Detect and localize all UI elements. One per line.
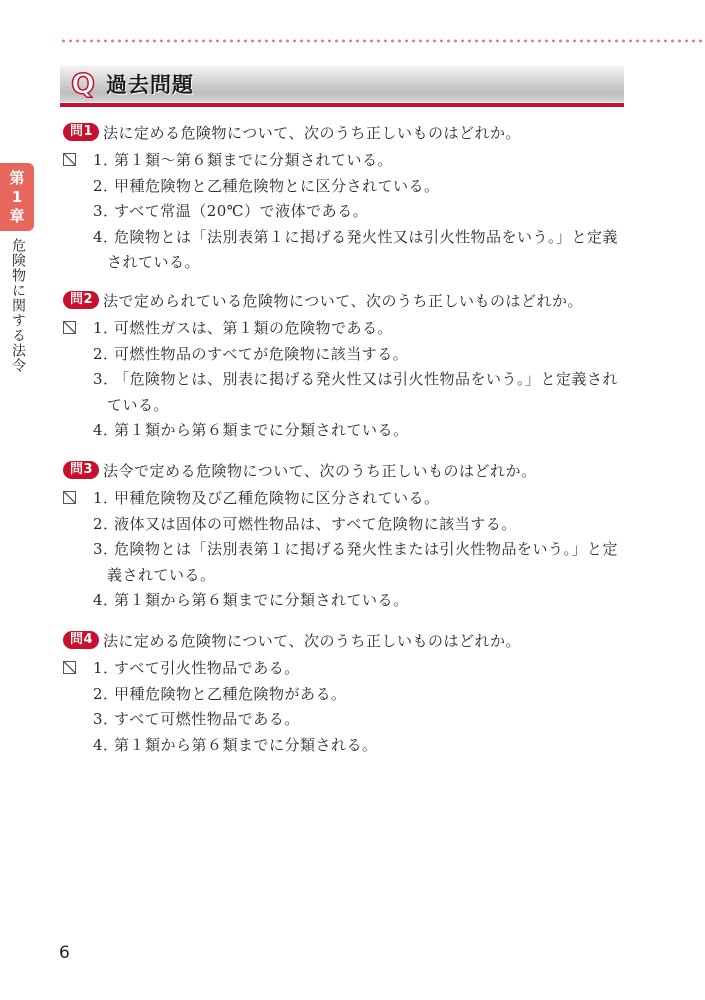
option-3: 3．「危険物とは、別表に掲げる発火性又は引火性物品をいう。」と定義されている。 <box>63 367 628 418</box>
section-title: 過去問題 <box>106 69 194 99</box>
section-header: Q 過去問題 <box>60 66 624 102</box>
answer-checkbox[interactable] <box>63 321 76 334</box>
chapter-tab-line: 第 <box>9 169 24 188</box>
chapter-tab-line: 章 <box>9 207 24 226</box>
page-number: 6 <box>59 943 70 963</box>
chapter-tab-line: 1 <box>12 188 22 207</box>
answer-checkbox[interactable] <box>63 491 76 504</box>
answer-checkbox[interactable] <box>63 661 76 674</box>
option-1: 1．可燃性ガスは、第１類の危険物である。 <box>63 316 628 342</box>
question-3: 問3 法令で定める危険物について、次のうち正しいものはどれか。 1．甲種危険物及… <box>63 458 628 614</box>
chapter-tab: 第 1 章 <box>0 163 34 231</box>
option-3: 3．すべて常温（20℃）で液体である。 <box>63 199 628 225</box>
option-4: 4．第１類から第６類までに分類される。 <box>63 733 628 759</box>
question-badge: 問3 <box>63 461 99 479</box>
option-2: 2．甲種危険物と乙種危険物がある。 <box>63 682 628 708</box>
option-3: 3．危険物とは「法別表第１に掲げる発火性または引火性物品をいう。」と定義されてい… <box>63 537 628 588</box>
option-1: 1．第１類～第６類までに分類されている。 <box>63 148 628 174</box>
question-1: 問1 法に定める危険物について、次のうち正しいものはどれか。 1．第１類～第６類… <box>63 120 628 276</box>
option-4: 4．第１類から第６類までに分類されている。 <box>63 418 628 444</box>
question-text: 法令で定める危険物について、次のうち正しいものはどれか。 <box>103 460 536 481</box>
dotted-divider <box>60 39 705 43</box>
option-2: 2．液体又は固体の可燃性物品は、すべて危険物に該当する。 <box>63 512 628 538</box>
question-badge: 問2 <box>63 291 99 309</box>
option-2: 2．可燃性物品のすべてが危険物に該当する。 <box>63 342 628 368</box>
answer-checkbox[interactable] <box>63 153 76 166</box>
option-4: 4．危険物とは「法別表第１に掲げる発火性又は引火性物品をいう。」と定義されている… <box>63 225 628 276</box>
question-badge: 問4 <box>63 631 99 649</box>
q-icon: Q <box>70 71 96 97</box>
question-text: 法に定める危険物について、次のうち正しいものはどれか。 <box>103 122 521 143</box>
option-4: 4．第１類から第６類までに分類されている。 <box>63 588 628 614</box>
chapter-title: 危険物に関する法令 <box>8 238 28 373</box>
option-1: 1．甲種危険物及び乙種危険物に区分されている。 <box>63 486 628 512</box>
option-1: 1．すべて引火性物品である。 <box>63 656 628 682</box>
question-2: 問2 法で定められている危険物について、次のうち正しいものはどれか。 1．可燃性… <box>63 288 628 444</box>
option-3: 3．すべて可燃性物品である。 <box>63 707 628 733</box>
question-text: 法で定められている危険物について、次のうち正しいものはどれか。 <box>103 290 583 311</box>
question-badge: 問1 <box>63 123 99 141</box>
header-underline <box>60 103 624 107</box>
question-text: 法に定める危険物について、次のうち正しいものはどれか。 <box>103 630 521 651</box>
option-2: 2．甲種危険物と乙種危険物とに区分されている。 <box>63 174 628 200</box>
question-4: 問4 法に定める危険物について、次のうち正しいものはどれか。 1．すべて引火性物… <box>63 628 628 758</box>
